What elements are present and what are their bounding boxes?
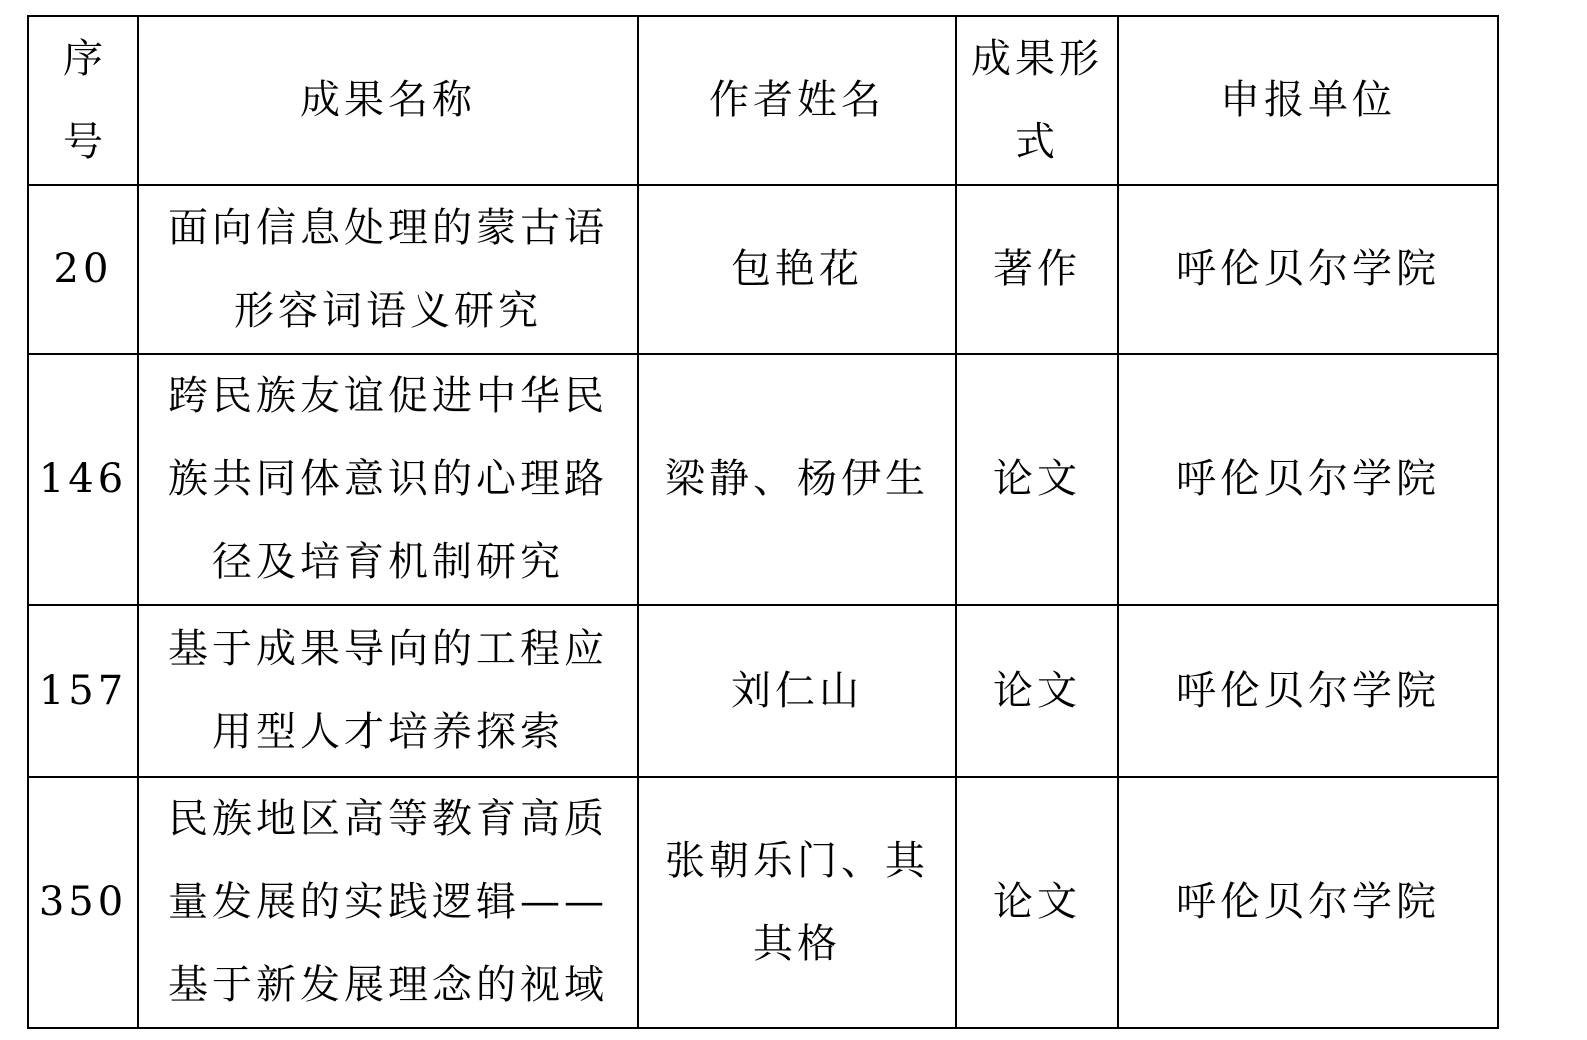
title-cell: 基于成果导向的工程应用型人才培养探索 — [138, 605, 638, 777]
table-header-row: 序号 成果名称 作者姓名 成果形式 申报单位 — [28, 16, 1498, 185]
title-cell: 民族地区高等教育高质量发展的实践逻辑——基于新发展理念的视域 — [138, 777, 638, 1028]
serial-cell: 20 — [28, 185, 138, 354]
serial-cell: 146 — [28, 354, 138, 605]
serial-cell: 157 — [28, 605, 138, 777]
achievements-table: 序号 成果名称 作者姓名 成果形式 申报单位 20 面向信息处理的蒙古语形容词语… — [27, 15, 1499, 1029]
unit-cell: 呼伦贝尔学院 — [1118, 185, 1498, 354]
authors-cell: 梁静、杨伊生 — [638, 354, 956, 605]
header-achievement-title: 成果名称 — [138, 16, 638, 185]
unit-cell: 呼伦贝尔学院 — [1118, 777, 1498, 1028]
document-page: 序号 成果名称 作者姓名 成果形式 申报单位 20 面向信息处理的蒙古语形容词语… — [0, 0, 1587, 1040]
table-row: 157 基于成果导向的工程应用型人才培养探索 刘仁山 论文 呼伦贝尔学院 — [28, 605, 1498, 777]
authors-cell: 包艳花 — [638, 185, 956, 354]
header-achievement-form: 成果形式 — [956, 16, 1118, 185]
authors-cell: 刘仁山 — [638, 605, 956, 777]
title-cell: 跨民族友谊促进中华民族共同体意识的心理路径及培育机制研究 — [138, 354, 638, 605]
table-row: 350 民族地区高等教育高质量发展的实践逻辑——基于新发展理念的视域 张朝乐门、… — [28, 777, 1498, 1028]
title-cell: 面向信息处理的蒙古语形容词语义研究 — [138, 185, 638, 354]
form-cell: 论文 — [956, 605, 1118, 777]
table-row: 20 面向信息处理的蒙古语形容词语义研究 包艳花 著作 呼伦贝尔学院 — [28, 185, 1498, 354]
authors-cell: 张朝乐门、其其格 — [638, 777, 956, 1028]
unit-cell: 呼伦贝尔学院 — [1118, 605, 1498, 777]
header-declaring-unit: 申报单位 — [1118, 16, 1498, 185]
form-cell: 著作 — [956, 185, 1118, 354]
header-author-names: 作者姓名 — [638, 16, 956, 185]
form-cell: 论文 — [956, 354, 1118, 605]
form-cell: 论文 — [956, 777, 1118, 1028]
serial-cell: 350 — [28, 777, 138, 1028]
header-serial-number: 序号 — [28, 16, 138, 185]
header-serial-number-label: 序号 — [60, 18, 106, 184]
unit-cell: 呼伦贝尔学院 — [1118, 354, 1498, 605]
table-row: 146 跨民族友谊促进中华民族共同体意识的心理路径及培育机制研究 梁静、杨伊生 … — [28, 354, 1498, 605]
